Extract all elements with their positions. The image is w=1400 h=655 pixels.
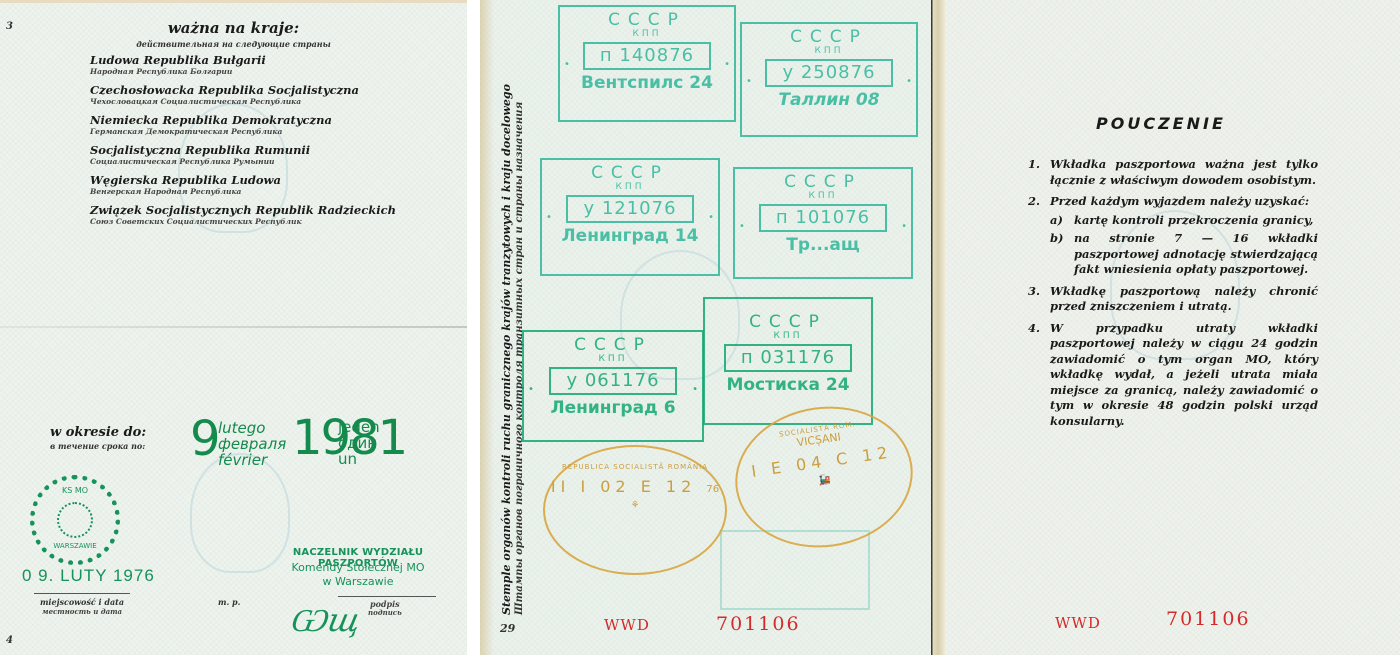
instruction-item: 3. Wkładkę paszportową należy chronić pr… [1028, 284, 1318, 315]
serial-prefix: WWD [1055, 614, 1101, 632]
issuer-city: w Warszawie [258, 575, 458, 588]
instruction-item: 1. Wkładka paszportowa ważna jest tylko … [1028, 157, 1318, 188]
border-stamp: СССР КПП у 061176 Ленинград 6 •• [522, 330, 704, 442]
validity-day: 9 [190, 415, 221, 463]
validity-month: lutego февраля février [218, 420, 286, 468]
train-icon: ⚘ [545, 500, 725, 511]
issuer-office: Komendy Stołecznej MO [258, 561, 458, 574]
country-entry: Związek Socjalistycznych Republik Radzie… [90, 203, 400, 227]
serial-number: 701106 [716, 613, 801, 635]
border-stamp: СССР КПП п 140876 Вентспилс 24 •• [558, 5, 736, 122]
country-entry: Czechosłowacka Republika Socjalistyczna … [90, 83, 400, 107]
place-date-label: miejscowość i data [34, 597, 130, 607]
eagle-emblem-icon [57, 502, 93, 538]
country-entry: Socjalistyczna Republika Rumunii Социали… [90, 143, 400, 167]
border-stamp: СССР КПП у 121076 Ленинград 14 •• [540, 158, 720, 276]
instruction-subitem: a) kartę kontroli przekroczenia granicy, [1050, 213, 1318, 229]
border-stamp: СССР КПП у 250876 Таллин 08 •• [740, 22, 918, 137]
official-seal: KS MO WARSZAWIE [30, 475, 120, 565]
valid-countries-subtitle: действительная на следующие страны [0, 39, 467, 49]
page-number: 29 [500, 622, 515, 635]
instructions-title: POUCZENIE [1096, 114, 1226, 133]
instruction-item: 2. Przed każdym wyjazdem należy uzyskać:… [1028, 194, 1318, 278]
signature-label-ru: подпись [368, 608, 402, 617]
left-passport-page: 3 4 ważna na kraje: действительная на сл… [0, 0, 467, 655]
page-number-bottom: 4 [6, 635, 13, 646]
stamps-caption: Stemple organów kontroli ruchu graniczne… [500, 84, 513, 615]
border-stamp: СССР КПП п 101076 Тр...ащ •• [733, 167, 913, 279]
seal-place-label: m. p. [218, 597, 240, 607]
place-date-label-ru: местность и дата [34, 607, 130, 616]
country-list: Ludowa Republika Bułgarii Народная Респу… [90, 53, 400, 233]
signature: Ѡщ [288, 601, 364, 639]
issue-date-stamp: 0 9. LUTY 1976 [22, 566, 155, 586]
validity-label-ru: в течение срока по: [50, 441, 145, 451]
serial-number: 701106 [1166, 608, 1251, 630]
serial-prefix: WWD [604, 616, 650, 634]
validity-year-words: jeden один un [338, 419, 380, 467]
validity-label: w okresie do: [50, 425, 146, 440]
page-crease [0, 326, 467, 328]
instruction-item: 4. W przypadku utraty wkładki paszportow… [1028, 321, 1318, 430]
instruction-subitem: b) na stronie 7 — 16 wkładki paszportowe… [1050, 231, 1318, 278]
valid-countries-title: ważna na kraje: [0, 19, 467, 37]
page-edge [480, 0, 494, 655]
country-entry: Węgierska Republika Ludowa Венгерская На… [90, 173, 400, 197]
place-date-line [34, 593, 130, 594]
book-spine [931, 0, 945, 655]
romanian-border-stamp: REPUBLICA SOCIALISTĂ ROMÂNIA II I 02 E 1… [543, 445, 727, 575]
instructions-list: 1. Wkładka paszportowa ważna jest tylko … [1028, 157, 1318, 435]
country-entry: Ludowa Republika Bułgarii Народная Респу… [90, 53, 400, 77]
border-stamp: СССР КПП п 031176 Мостиска 24 [703, 297, 873, 425]
signature-line [338, 596, 436, 597]
country-entry: Niemiecka Republika Demokratyczna Герман… [90, 113, 400, 137]
